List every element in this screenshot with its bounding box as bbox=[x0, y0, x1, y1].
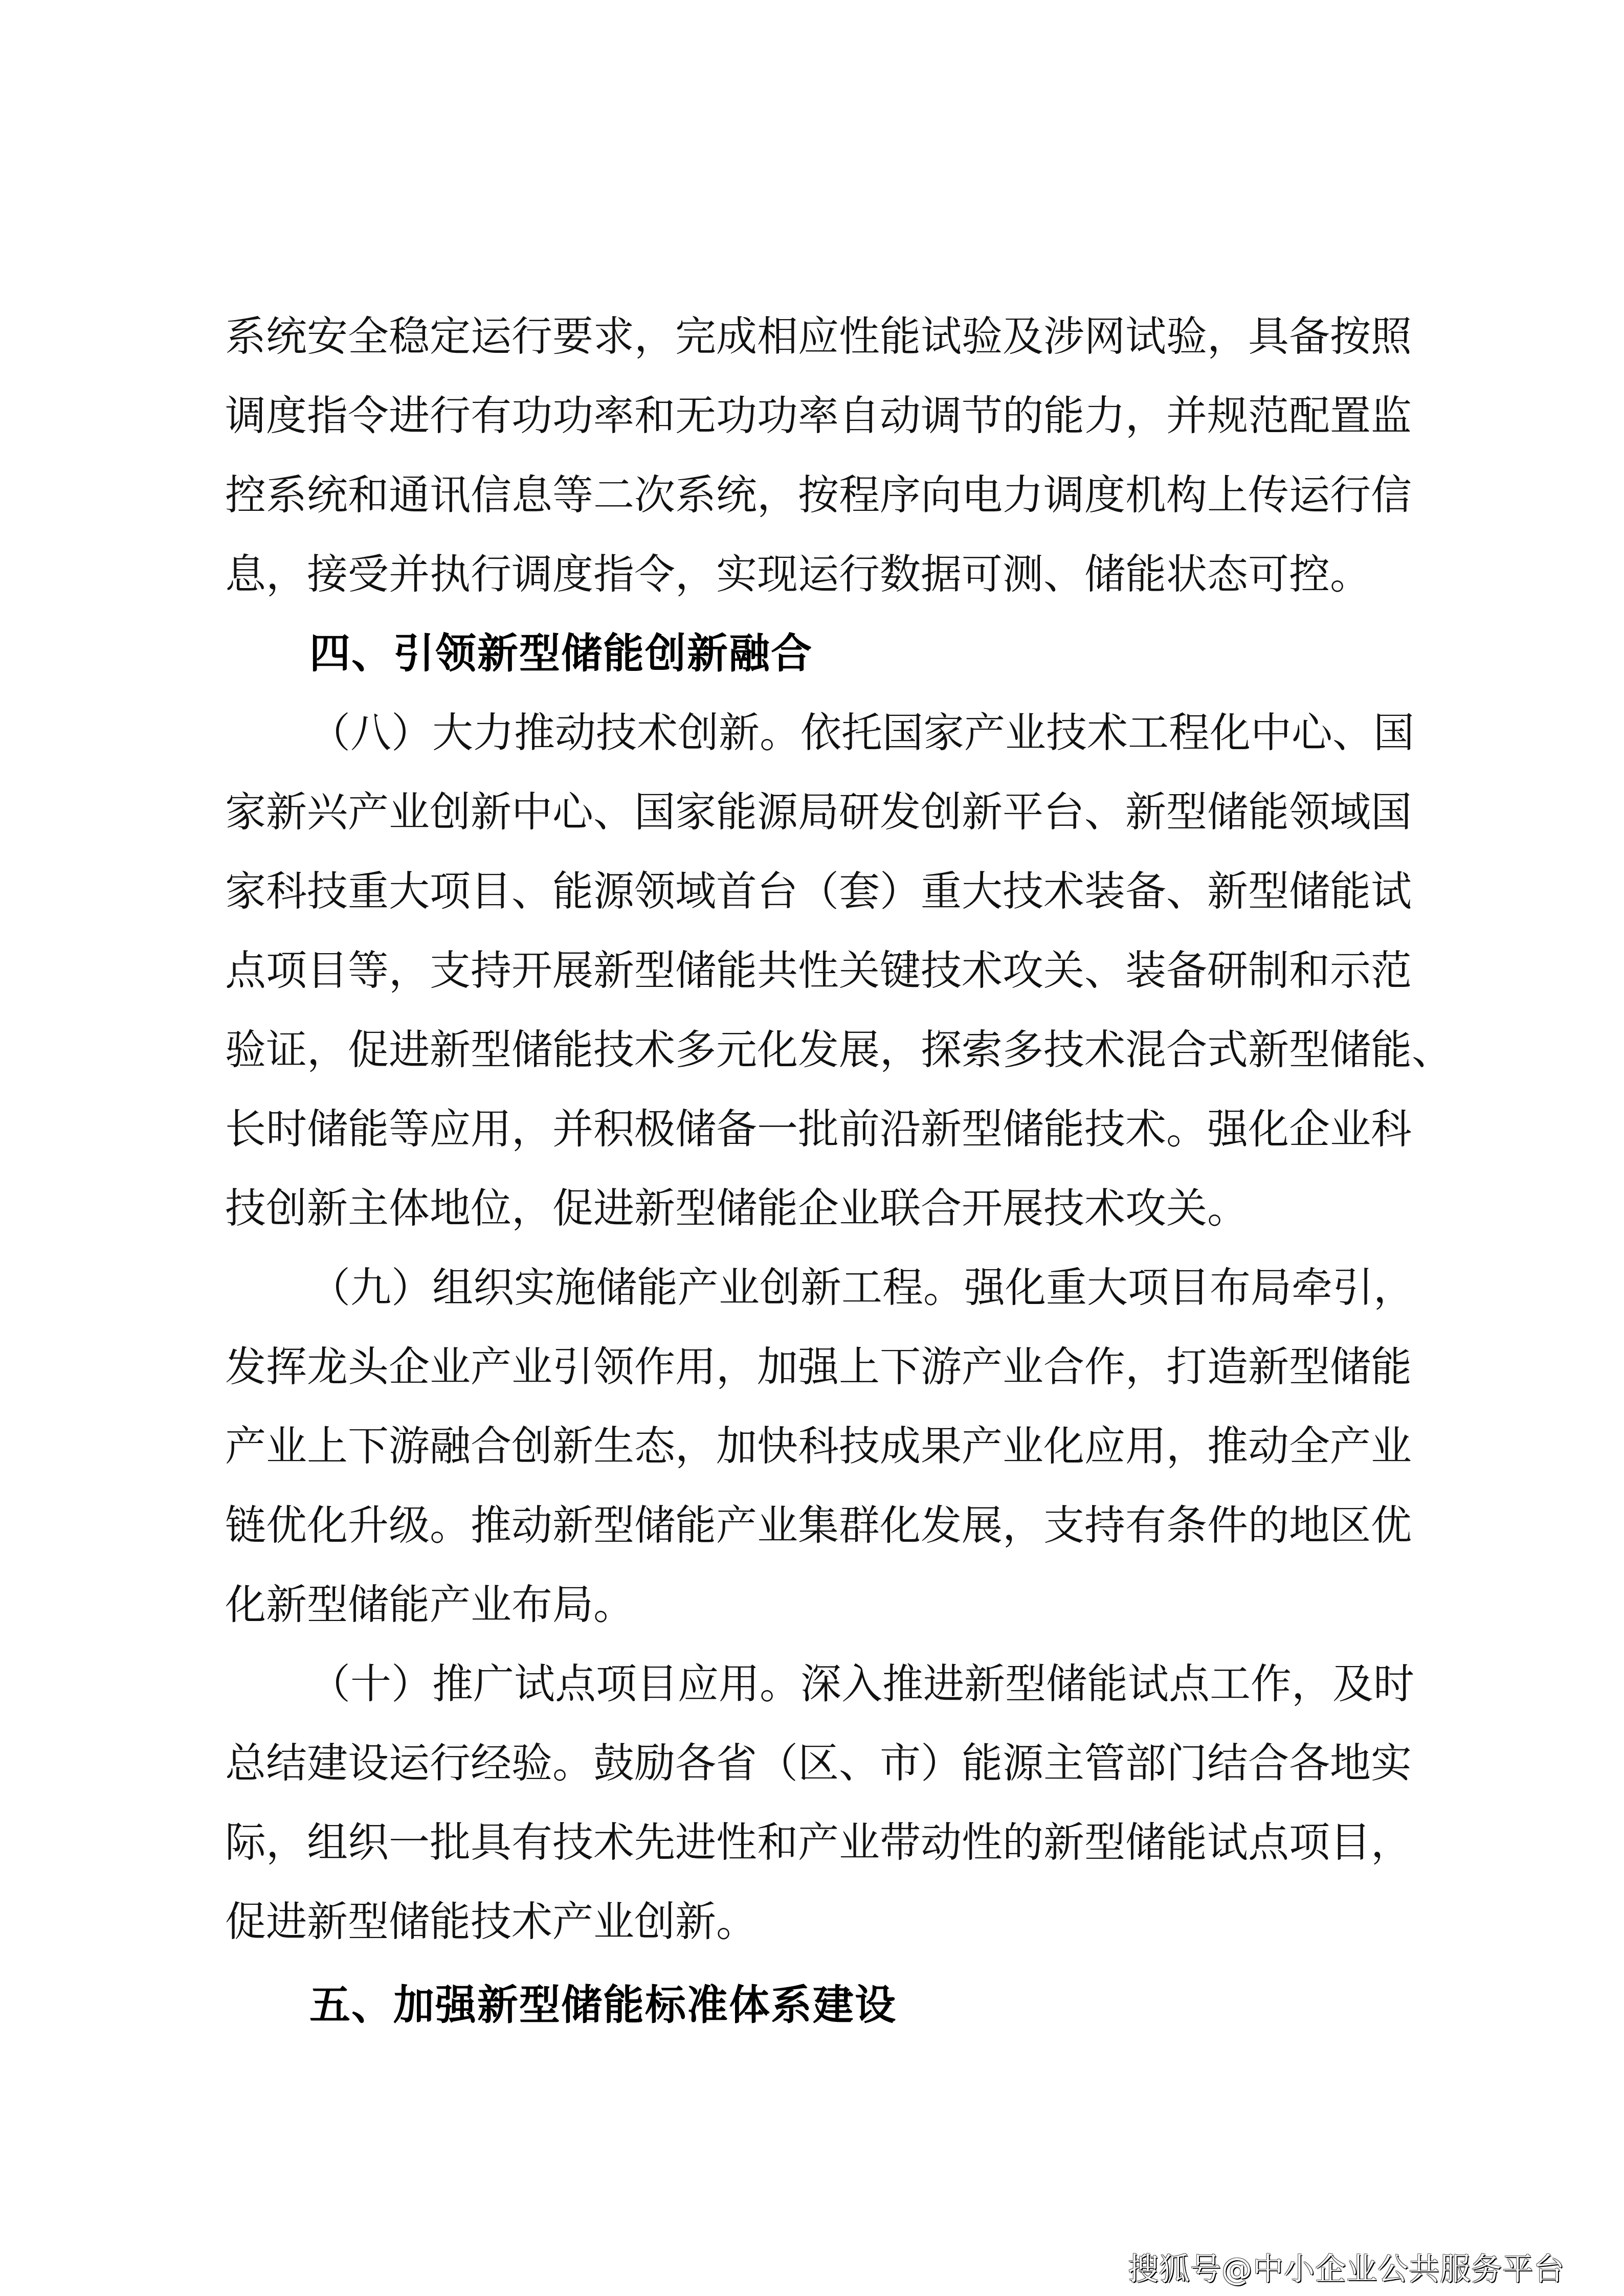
paragraph-item-10: （十）推广试点项目应用。深入推进新型储能试点工作，及时 总结建设运行经验。鼓励各… bbox=[225, 1644, 1401, 1961]
paragraph-item-9: （九）组织实施储能产业创新工程。强化重大项目布局牵引， 发挥龙头企业产业引领作用… bbox=[225, 1248, 1401, 1644]
paragraph-item-8: （八）大力推动技术创新。依托国家产业技术工程化中心、国 家新兴产业创新中心、国家… bbox=[225, 693, 1401, 1248]
text-line: 家新兴产业创新中心、国家能源局研发创新平台、新型储能领域国 bbox=[225, 772, 1401, 851]
text-line: 链优化升级。推动新型储能产业集群化发展，支持有条件的地区优 bbox=[225, 1485, 1401, 1565]
text-line: 调度指令进行有功功率和无功功率自动调节的能力，并规范配置监 bbox=[225, 376, 1401, 455]
text-line: 产业上下游融合创新生态，加快科技成果产业化应用，推动全产业 bbox=[225, 1406, 1401, 1485]
text-line: 促进新型储能技术产业创新。 bbox=[225, 1882, 1401, 1961]
text-line: （九）组织实施储能产业创新工程。强化重大项目布局牵引， bbox=[225, 1248, 1401, 1327]
text-line: 化新型储能产业布局。 bbox=[225, 1565, 1401, 1644]
text-line: 点项目等，支持开展新型储能共性关键技术攻关、装备研制和示范 bbox=[225, 931, 1401, 1010]
text-line: 控系统和通讯信息等二次系统，按程序向电力调度机构上传运行信 bbox=[225, 455, 1401, 534]
text-line: 技创新主体地位，促进新型储能企业联合开展技术攻关。 bbox=[225, 1168, 1401, 1248]
text-line: （八）大力推动技术创新。依托国家产业技术工程化中心、国 bbox=[225, 693, 1401, 772]
text-line: 发挥龙头企业产业引领作用，加强上下游产业合作，打造新型储能 bbox=[225, 1327, 1401, 1406]
document-page: 系统安全稳定运行要求，完成相应性能试验及涉网试验，具备按照 调度指令进行有功功率… bbox=[0, 0, 1624, 2296]
text-line: 际，组织一批具有技术先进性和产业带动性的新型储能试点项目， bbox=[225, 1803, 1401, 1882]
watermark-label: 搜狐号@中小企业公共服务平台 bbox=[1128, 2245, 1565, 2289]
text-line: （十）推广试点项目应用。深入推进新型储能试点工作，及时 bbox=[225, 1644, 1401, 1723]
text-line: 总结建设运行经验。鼓励各省（区、市）能源主管部门结合各地实 bbox=[225, 1723, 1401, 1803]
section-heading-4: 四、引领新型储能创新融合 bbox=[225, 614, 1401, 693]
document-body: 系统安全稳定运行要求，完成相应性能试验及涉网试验，具备按照 调度指令进行有功功率… bbox=[225, 297, 1401, 2044]
text-line: 长时储能等应用，并积极储备一批前沿新型储能技术。强化企业科 bbox=[225, 1089, 1401, 1168]
text-line: 家科技重大项目、能源领域首台（套）重大技术装备、新型储能试 bbox=[225, 851, 1401, 931]
spacer bbox=[225, 1961, 1401, 1965]
paragraph-continuation: 系统安全稳定运行要求，完成相应性能试验及涉网试验，具备按照 调度指令进行有功功率… bbox=[225, 297, 1401, 614]
section-heading-5: 五、加强新型储能标准体系建设 bbox=[225, 1965, 1401, 2044]
text-line: 验证，促进新型储能技术多元化发展，探索多技术混合式新型储能、 bbox=[225, 1010, 1401, 1089]
text-line: 系统安全稳定运行要求，完成相应性能试验及涉网试验，具备按照 bbox=[225, 297, 1401, 376]
text-line: 息，接受并执行调度指令，实现运行数据可测、储能状态可控。 bbox=[225, 534, 1401, 614]
